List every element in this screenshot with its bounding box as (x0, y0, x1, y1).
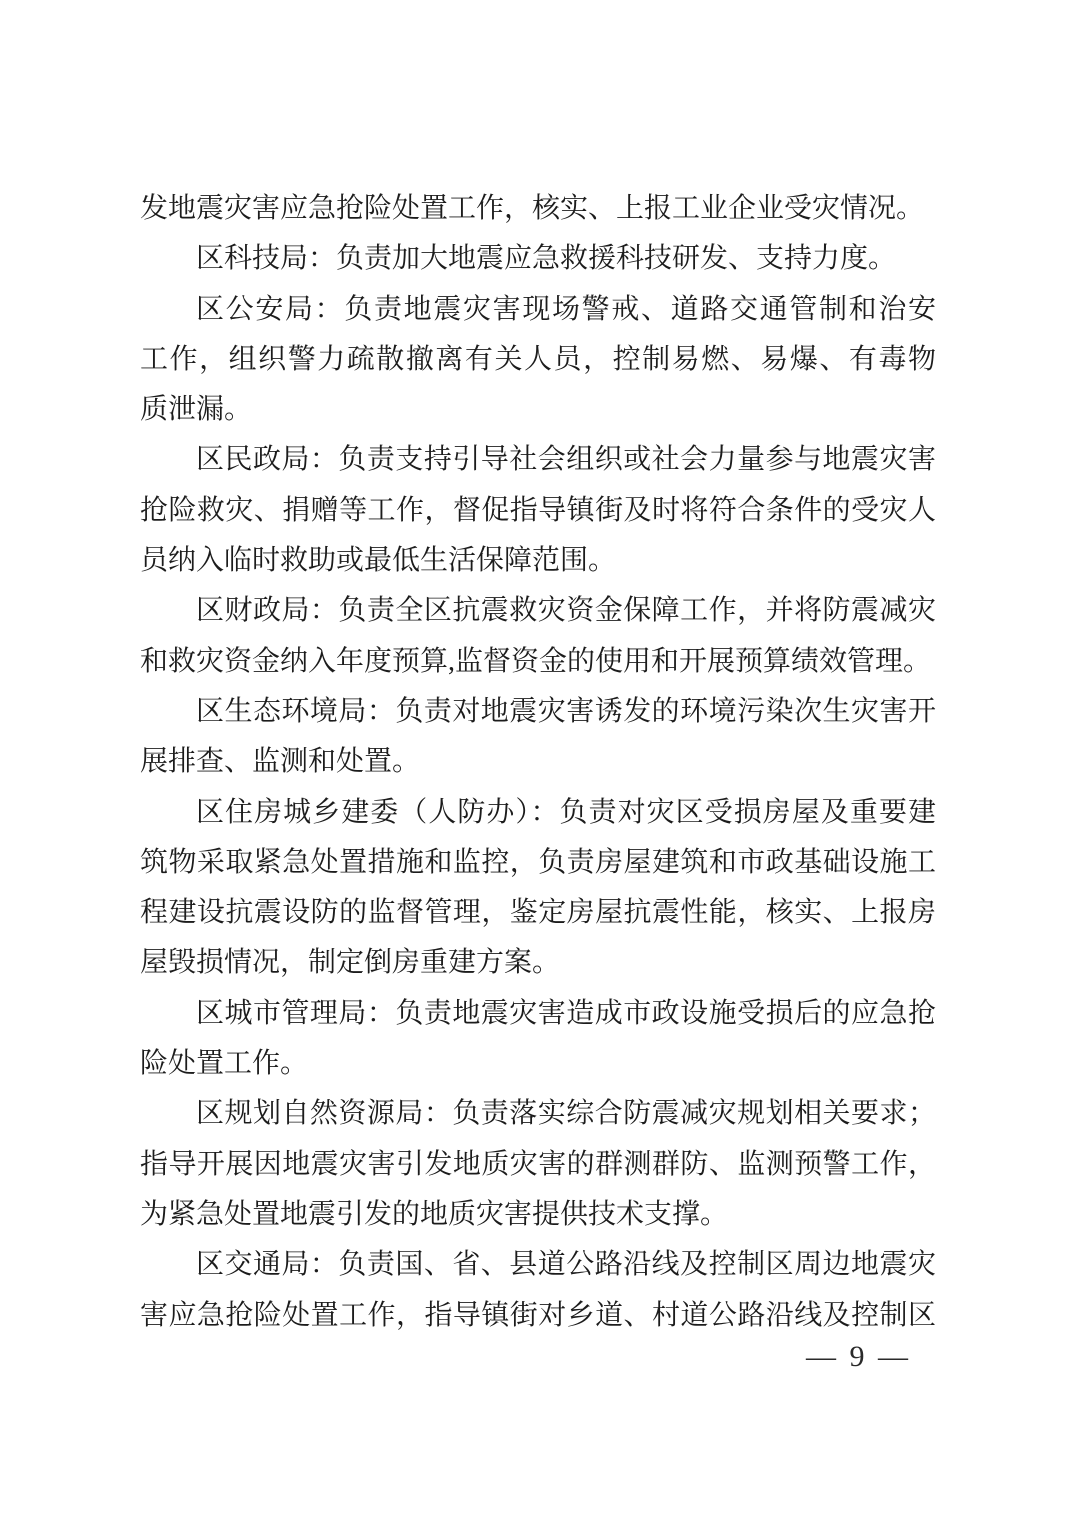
text-line: 屋毁损情况，制定倒房重建方案。 (140, 938, 936, 988)
text-line: 区财政局：负责全区抗震救灾资金保障工作，并将防震减灾 (140, 586, 936, 636)
text-line: 区民政局：负责支持引导社会组织或社会力量参与地震灾害 (140, 435, 936, 485)
text-line: 区科技局：负责加大地震应急救援科技研发、支持力度。 (140, 234, 936, 284)
document-body: 发地震灾害应急抢险处置工作，核实、上报工业企业受灾情况。区科技局：负责加大地震应… (140, 184, 936, 1341)
text-line: 区住房城乡建委（人防办）：负责对灾区受损房屋及重要建 (140, 788, 936, 838)
text-line: 抢险救灾、捐赠等工作，督促指导镇街及时将符合条件的受灾人 (140, 486, 936, 536)
text-line: 区交通局：负责国、省、县道公路沿线及控制区周边地震灾 (140, 1240, 936, 1290)
text-line: 为紧急处置地震引发的地质灾害提供技术支撑。 (140, 1190, 936, 1240)
text-line: 区公安局：负责地震灾害现场警戒、道路交通管制和治安 (140, 285, 936, 335)
page-number: — 9 — (806, 1340, 911, 1374)
text-line: 区规划自然资源局：负责落实综合防震减灾规划相关要求； (140, 1089, 936, 1139)
text-line: 工作，组织警力疏散撤离有关人员，控制易燃、易爆、有毒物 (140, 335, 936, 385)
text-line: 筑物采取紧急处置措施和监控，负责房屋建筑和市政基础设施工 (140, 838, 936, 888)
text-line: 程建设抗震设防的监督管理，鉴定房屋抗震性能，核实、上报房 (140, 888, 936, 938)
text-line: 和救灾资金纳入年度预算,监督资金的使用和开展预算绩效管理。 (140, 637, 936, 687)
text-line: 区生态环境局：负责对地震灾害诱发的环境污染次生灾害开 (140, 687, 936, 737)
text-line: 发地震灾害应急抢险处置工作，核实、上报工业企业受灾情况。 (140, 184, 936, 234)
text-line: 指导开展因地震灾害引发地质灾害的群测群防、监测预警工作， (140, 1140, 936, 1190)
text-line: 害应急抢险处置工作，指导镇街对乡道、村道公路沿线及控制区 (140, 1291, 936, 1341)
text-line: 区城市管理局：负责地震灾害造成市政设施受损后的应急抢 (140, 989, 936, 1039)
text-line: 质泄漏。 (140, 385, 936, 435)
text-line: 员纳入临时救助或最低生活保障范围。 (140, 536, 936, 586)
document-page: 发地震灾害应急抢险处置工作，核实、上报工业企业受灾情况。区科技局：负责加大地震应… (0, 0, 1074, 1520)
text-line: 险处置工作。 (140, 1039, 936, 1089)
text-line: 展排查、监测和处置。 (140, 737, 936, 787)
